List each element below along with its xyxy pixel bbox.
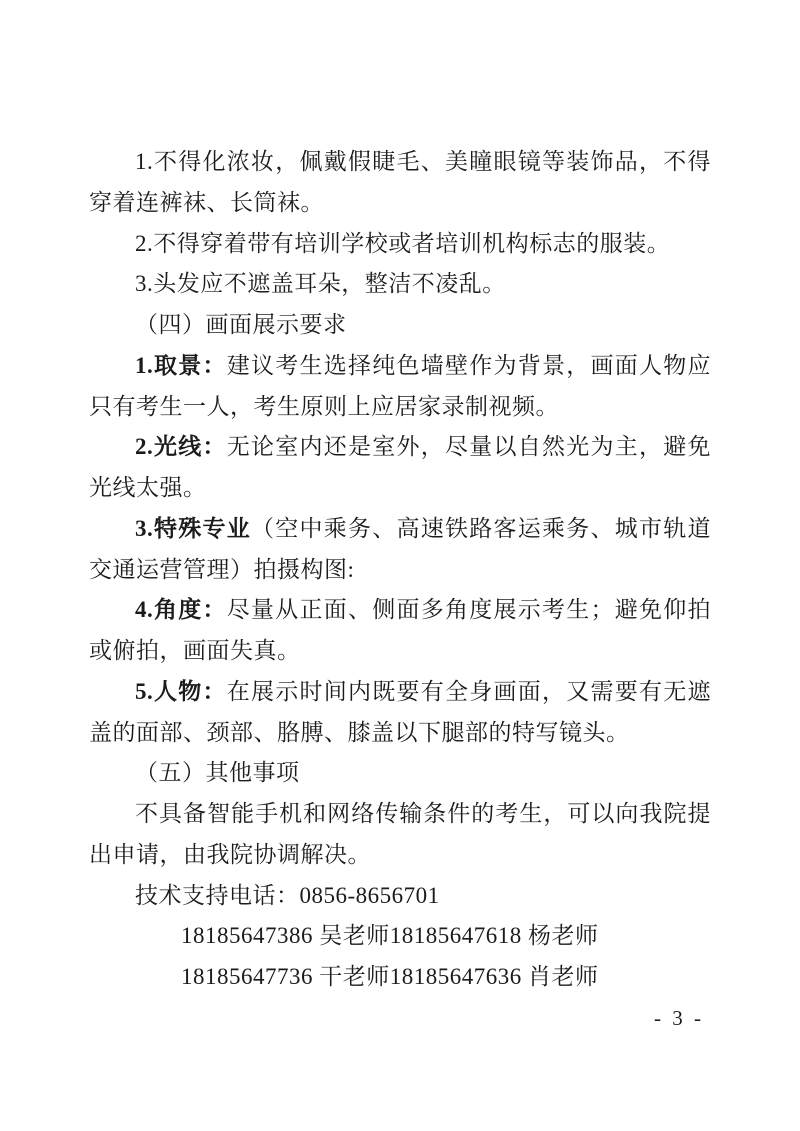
paragraph-lighting-lead: 2.光线： (135, 434, 227, 459)
paragraph-framing: 1.取景：建议考生选择纯色墙壁作为背景，画面人物应只有考生一人，考生原则上应居家… (89, 346, 711, 428)
paragraph-framing-lead: 1.取景： (135, 353, 227, 378)
section-heading-four: （四）画面展示要求 (89, 305, 711, 346)
paragraph-makeup-rule: 1.不得化浓妆，佩戴假睫毛、美瞳眼镜等装饰品，不得穿着连裤袜、长筒袜。 (89, 142, 711, 224)
document-page: 1.不得化浓妆，佩戴假睫毛、美瞳眼镜等装饰品，不得穿着连裤袜、长筒袜。 2.不得… (0, 0, 800, 1131)
paragraph-clothing-rule: 2.不得穿着带有培训学校或者培训机构标志的服装。 (89, 224, 711, 265)
contact-xiao: 18185647636 肖老师 (390, 964, 599, 989)
paragraph-person: 5.人物：在展示时间内既要有全身画面，又需要有无遮盖的面部、颈部、胳膊、膝盖以下… (89, 672, 711, 754)
paragraph-angle-lead: 4.角度： (135, 597, 227, 622)
contact-row-2: 18185647736 干老师18185647636 肖老师 (89, 957, 711, 998)
contact-gan: 18185647736 干老师 (135, 957, 390, 998)
paragraph-angle: 4.角度：尽量从正面、侧面多角度展示考生；避免仰拍或俯拍，画面失真。 (89, 590, 711, 672)
tech-support-phone-line: 技术支持电话：0856-8656701 (89, 876, 711, 917)
contact-row-1: 18185647386 吴老师18185647618 杨老师 (89, 916, 711, 957)
paragraph-lighting: 2.光线：无论室内还是室外，尽量以自然光为主，避免光线太强。 (89, 427, 711, 509)
section-heading-five: （五）其他事项 (89, 753, 711, 794)
contact-wu: 18185647386 吴老师 (135, 916, 390, 957)
paragraph-person-lead: 5.人物： (135, 679, 227, 704)
paragraph-special-majors: 3.特殊专业（空中乘务、高速铁路客运乘务、城市轨道交通运营管理）拍摄构图: (89, 509, 711, 591)
paragraph-special-majors-lead: 3.特殊专业 (135, 516, 251, 541)
page-number: - 3 - (654, 1006, 704, 1030)
paragraph-no-smartphone: 不具备智能手机和网络传输条件的考生，可以向我院提出申请，由我院协调解决。 (89, 794, 711, 876)
contact-yang: 18185647618 杨老师 (390, 923, 599, 948)
paragraph-hair-rule: 3.头发应不遮盖耳朵，整洁不凌乱。 (89, 264, 711, 305)
page-content: 1.不得化浓妆，佩戴假睫毛、美瞳眼镜等装饰品，不得穿着连裤袜、长筒袜。 2.不得… (89, 142, 711, 998)
